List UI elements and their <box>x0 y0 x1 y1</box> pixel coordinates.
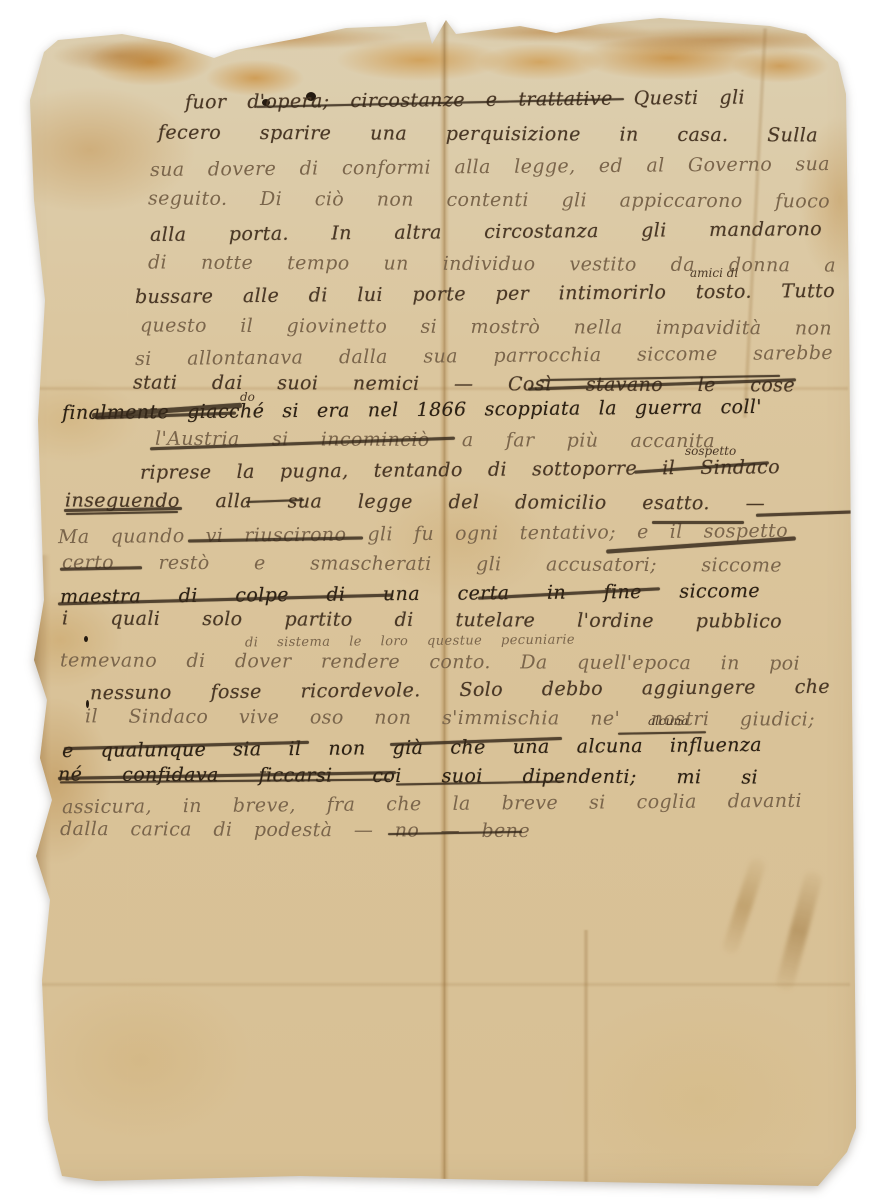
scanned-document: fuor d'opera; circostanze e trattative Q… <box>0 0 874 1200</box>
paper-edge-vignette <box>0 0 874 1200</box>
paper-shadow: fuor d'opera; circostanze e trattative Q… <box>0 0 874 1200</box>
manuscript-page: fuor d'opera; circostanze e trattative Q… <box>0 0 874 1200</box>
